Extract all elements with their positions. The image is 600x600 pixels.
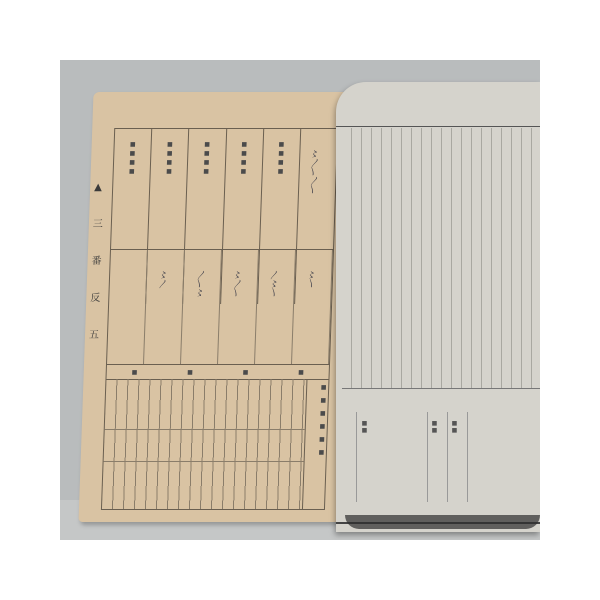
right-page-header [336,82,540,127]
form-middle-section: 〻〳 〳〵〻 〻〳〵 〳〻〵 〻〵 [107,249,333,365]
register-form: ■■■■ ■■■■ ■■■■ ■■■■ ■■■■ 〻〳〵〳〵 〻〳 〳〵〻 〻〳… [101,128,338,510]
margin-mark: 反 [90,289,103,304]
form-cell: 〻〳 [144,250,185,365]
form-cell: 〳〵〻 [181,250,222,365]
left-page: ▲ 三 番 反 五 ■■■■ ■■■■ ■■■■ ■■■■ ■■■■ 〻〳〵〳〵… [78,92,355,522]
form-header-bar: ■■■■ [106,364,329,380]
margin-mark: ▲ [94,182,106,193]
book-photo: ▲ 三 番 反 五 ■■■■ ■■■■ ■■■■ ■■■■ ■■■■ 〻〳〵〳〵… [60,60,540,540]
margin-mark: 番 [91,252,104,267]
margin-mark: 五 [89,326,102,341]
right-page-form: ■■ ■■ ■■ [356,412,517,502]
form-cell: 〻〳〵 [218,250,259,365]
form-cell [107,250,148,365]
ruled-columns [342,128,540,388]
form-grid [102,379,308,509]
book-shadow [345,515,540,529]
handwritten-entry: 〻〳〵〳〵 [305,149,320,194]
right-page: ■■ ■■ ■■ [336,82,540,532]
margin-mark: 三 [93,215,106,230]
form-cell: 〳〻〵 [255,250,296,365]
form-side-labels: ■■■■■■ [307,384,328,462]
form-cell: 〻〵 [292,250,333,365]
